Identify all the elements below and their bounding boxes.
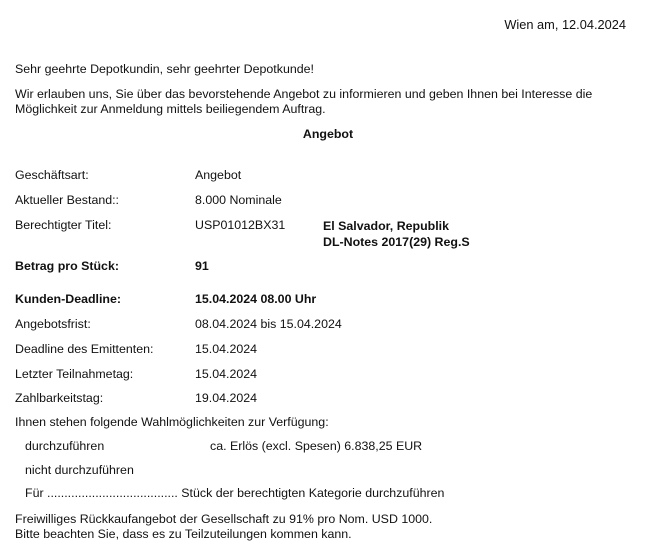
footer-line-1: Freiwilliges Rückkaufangebot der Gesells… [15,512,635,527]
intro-text: Wir erlauben uns, Sie über das bevorsteh… [15,87,635,117]
detail-label: Geschäftsart: [15,168,89,182]
detail-value: 8.000 Nominale [195,193,282,207]
detail-label: Zahlbarkeitstag: [15,391,103,405]
detail-label: Aktueller Bestand:: [15,193,119,207]
footer-line-2: Bitte beachten Sie, dass es zu Teilzutei… [15,527,635,542]
detail-value: 08.04.2024 bis 15.04.2024 [195,317,342,331]
options-intro: Ihnen stehen folgende Wahlmöglichkeiten … [15,415,329,429]
detail-value: 19.04.2024 [195,391,257,405]
detail-value: 15.04.2024 08.00 Uhr [195,292,316,306]
detail-label: Letzter Teilnahmetag: [15,367,133,381]
security-issuer: El Salvador, Republik [323,218,449,234]
detail-value: 15.04.2024 [195,342,257,356]
option-durchfuehren[interactable]: durchzuführen [25,439,104,453]
option-durchfuehren-proceeds: ca. Erlös (excl. Spesen) 6.838,25 EUR [210,439,422,453]
option-nicht-durchfuehren[interactable]: nicht durchzuführen [25,463,134,477]
detail-value: Angebot [195,168,241,182]
detail-label: Kunden-Deadline: [15,292,121,306]
option-teilweise[interactable]: Für ....................................… [25,486,444,500]
detail-value: USP01012BX31 [195,218,285,232]
greeting: Sehr geehrte Depotkundin, sehr geehrter … [15,62,314,76]
detail-value: 91 [195,259,209,273]
detail-label: Berechtigter Titel: [15,218,111,232]
footer-note: Freiwilliges Rückkaufangebot der Gesells… [15,512,635,542]
place-date: Wien am, 12.04.2024 [504,17,626,32]
detail-value: 15.04.2024 [195,367,257,381]
security-name: DL-Notes 2017(29) Reg.S [323,234,470,250]
detail-label: Betrag pro Stück: [15,259,119,273]
section-title: Angebot [0,127,656,141]
detail-label: Angebotsfrist: [15,317,91,331]
detail-label: Deadline des Emittenten: [15,342,153,356]
